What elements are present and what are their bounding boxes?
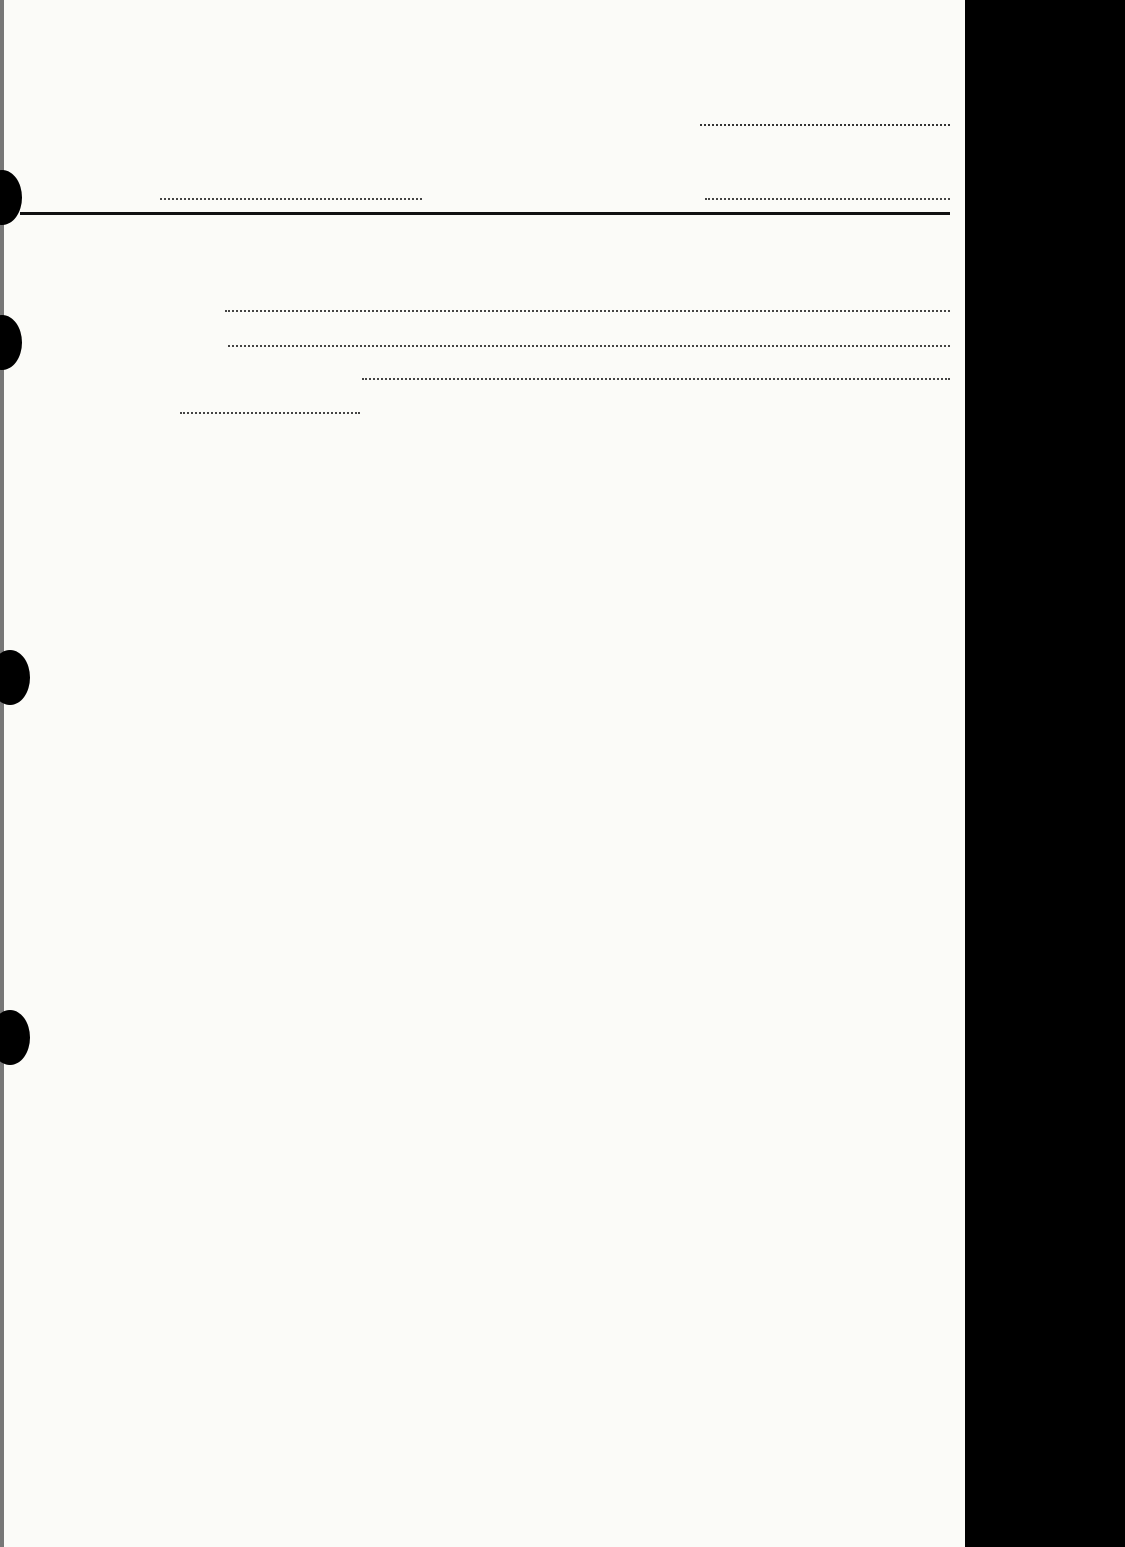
scan-border-right [965,0,1125,1547]
punch-hole [0,170,22,225]
sub-deputy-field[interactable] [705,198,950,200]
punch-hole [0,315,22,370]
page-edge [0,0,4,1547]
health-district-field[interactable] [160,198,422,200]
field-line[interactable] [228,345,950,347]
divider [20,212,950,215]
field-line[interactable] [362,378,950,380]
punch-hole [0,1010,30,1065]
age-line[interactable] [180,412,360,414]
registered-no-field[interactable] [700,110,950,126]
punch-hole [0,650,30,705]
field-line[interactable] [225,310,950,312]
